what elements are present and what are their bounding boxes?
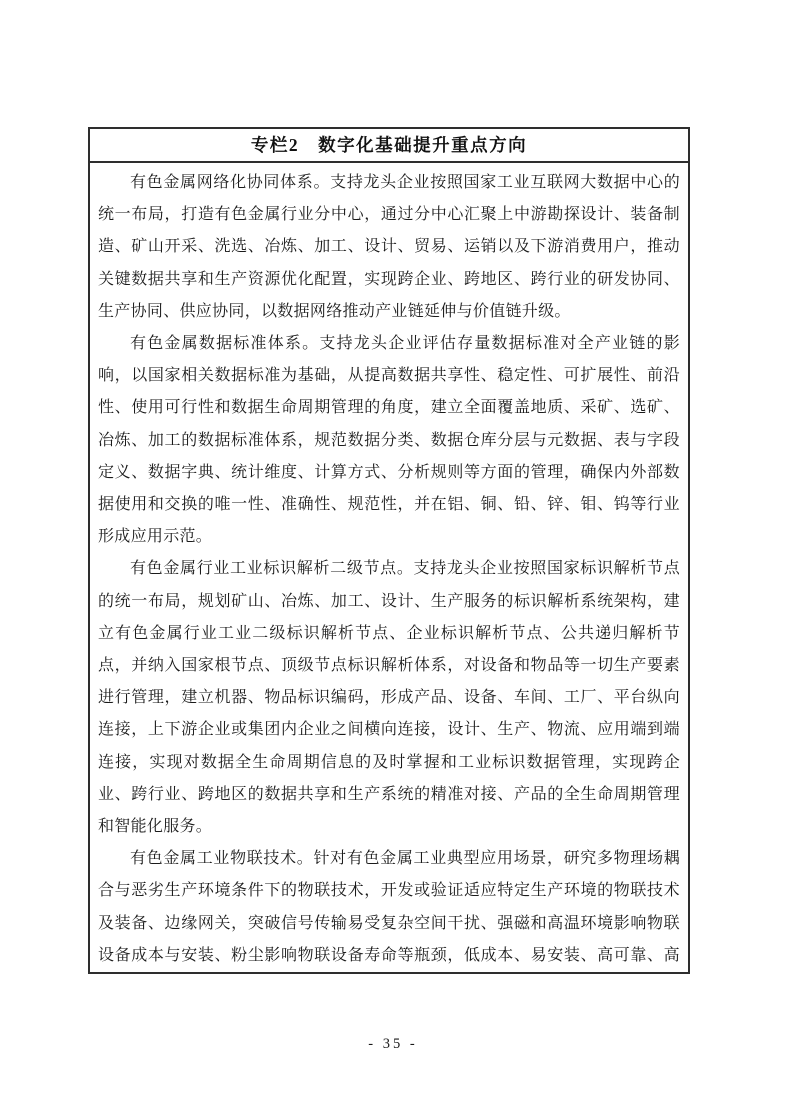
- box-title: 专栏2 数字化基础提升重点方向: [90, 129, 688, 163]
- box-body: 有色金属网络化协同体系。支持龙头企业按照国家工业互联网大数据中心的统一布局，打造…: [90, 163, 688, 974]
- paragraph-iot-technology: 有色金属工业物联技术。针对有色金属工业典型应用场景，研究多物理场耦合与恶劣生产环…: [98, 843, 680, 974]
- paragraph-network-collaboration: 有色金属网络化协同体系。支持龙头企业按照国家工业互联网大数据中心的统一布局，打造…: [98, 167, 680, 328]
- paragraph-identifier-resolution: 有色金属行业工业标识解析二级节点。支持龙头企业按照国家标识解析节点的统一布局，规…: [98, 553, 680, 843]
- page-number: - 35 -: [0, 1036, 786, 1053]
- callout-box: 专栏2 数字化基础提升重点方向 有色金属网络化协同体系。支持龙头企业按照国家工业…: [88, 127, 690, 974]
- paragraph-data-standards: 有色金属数据标准体系。支持龙头企业评估存量数据标准对全产业链的影响，以国家相关数…: [98, 328, 680, 553]
- document-page: 专栏2 数字化基础提升重点方向 有色金属网络化协同体系。支持龙头企业按照国家工业…: [0, 0, 786, 1114]
